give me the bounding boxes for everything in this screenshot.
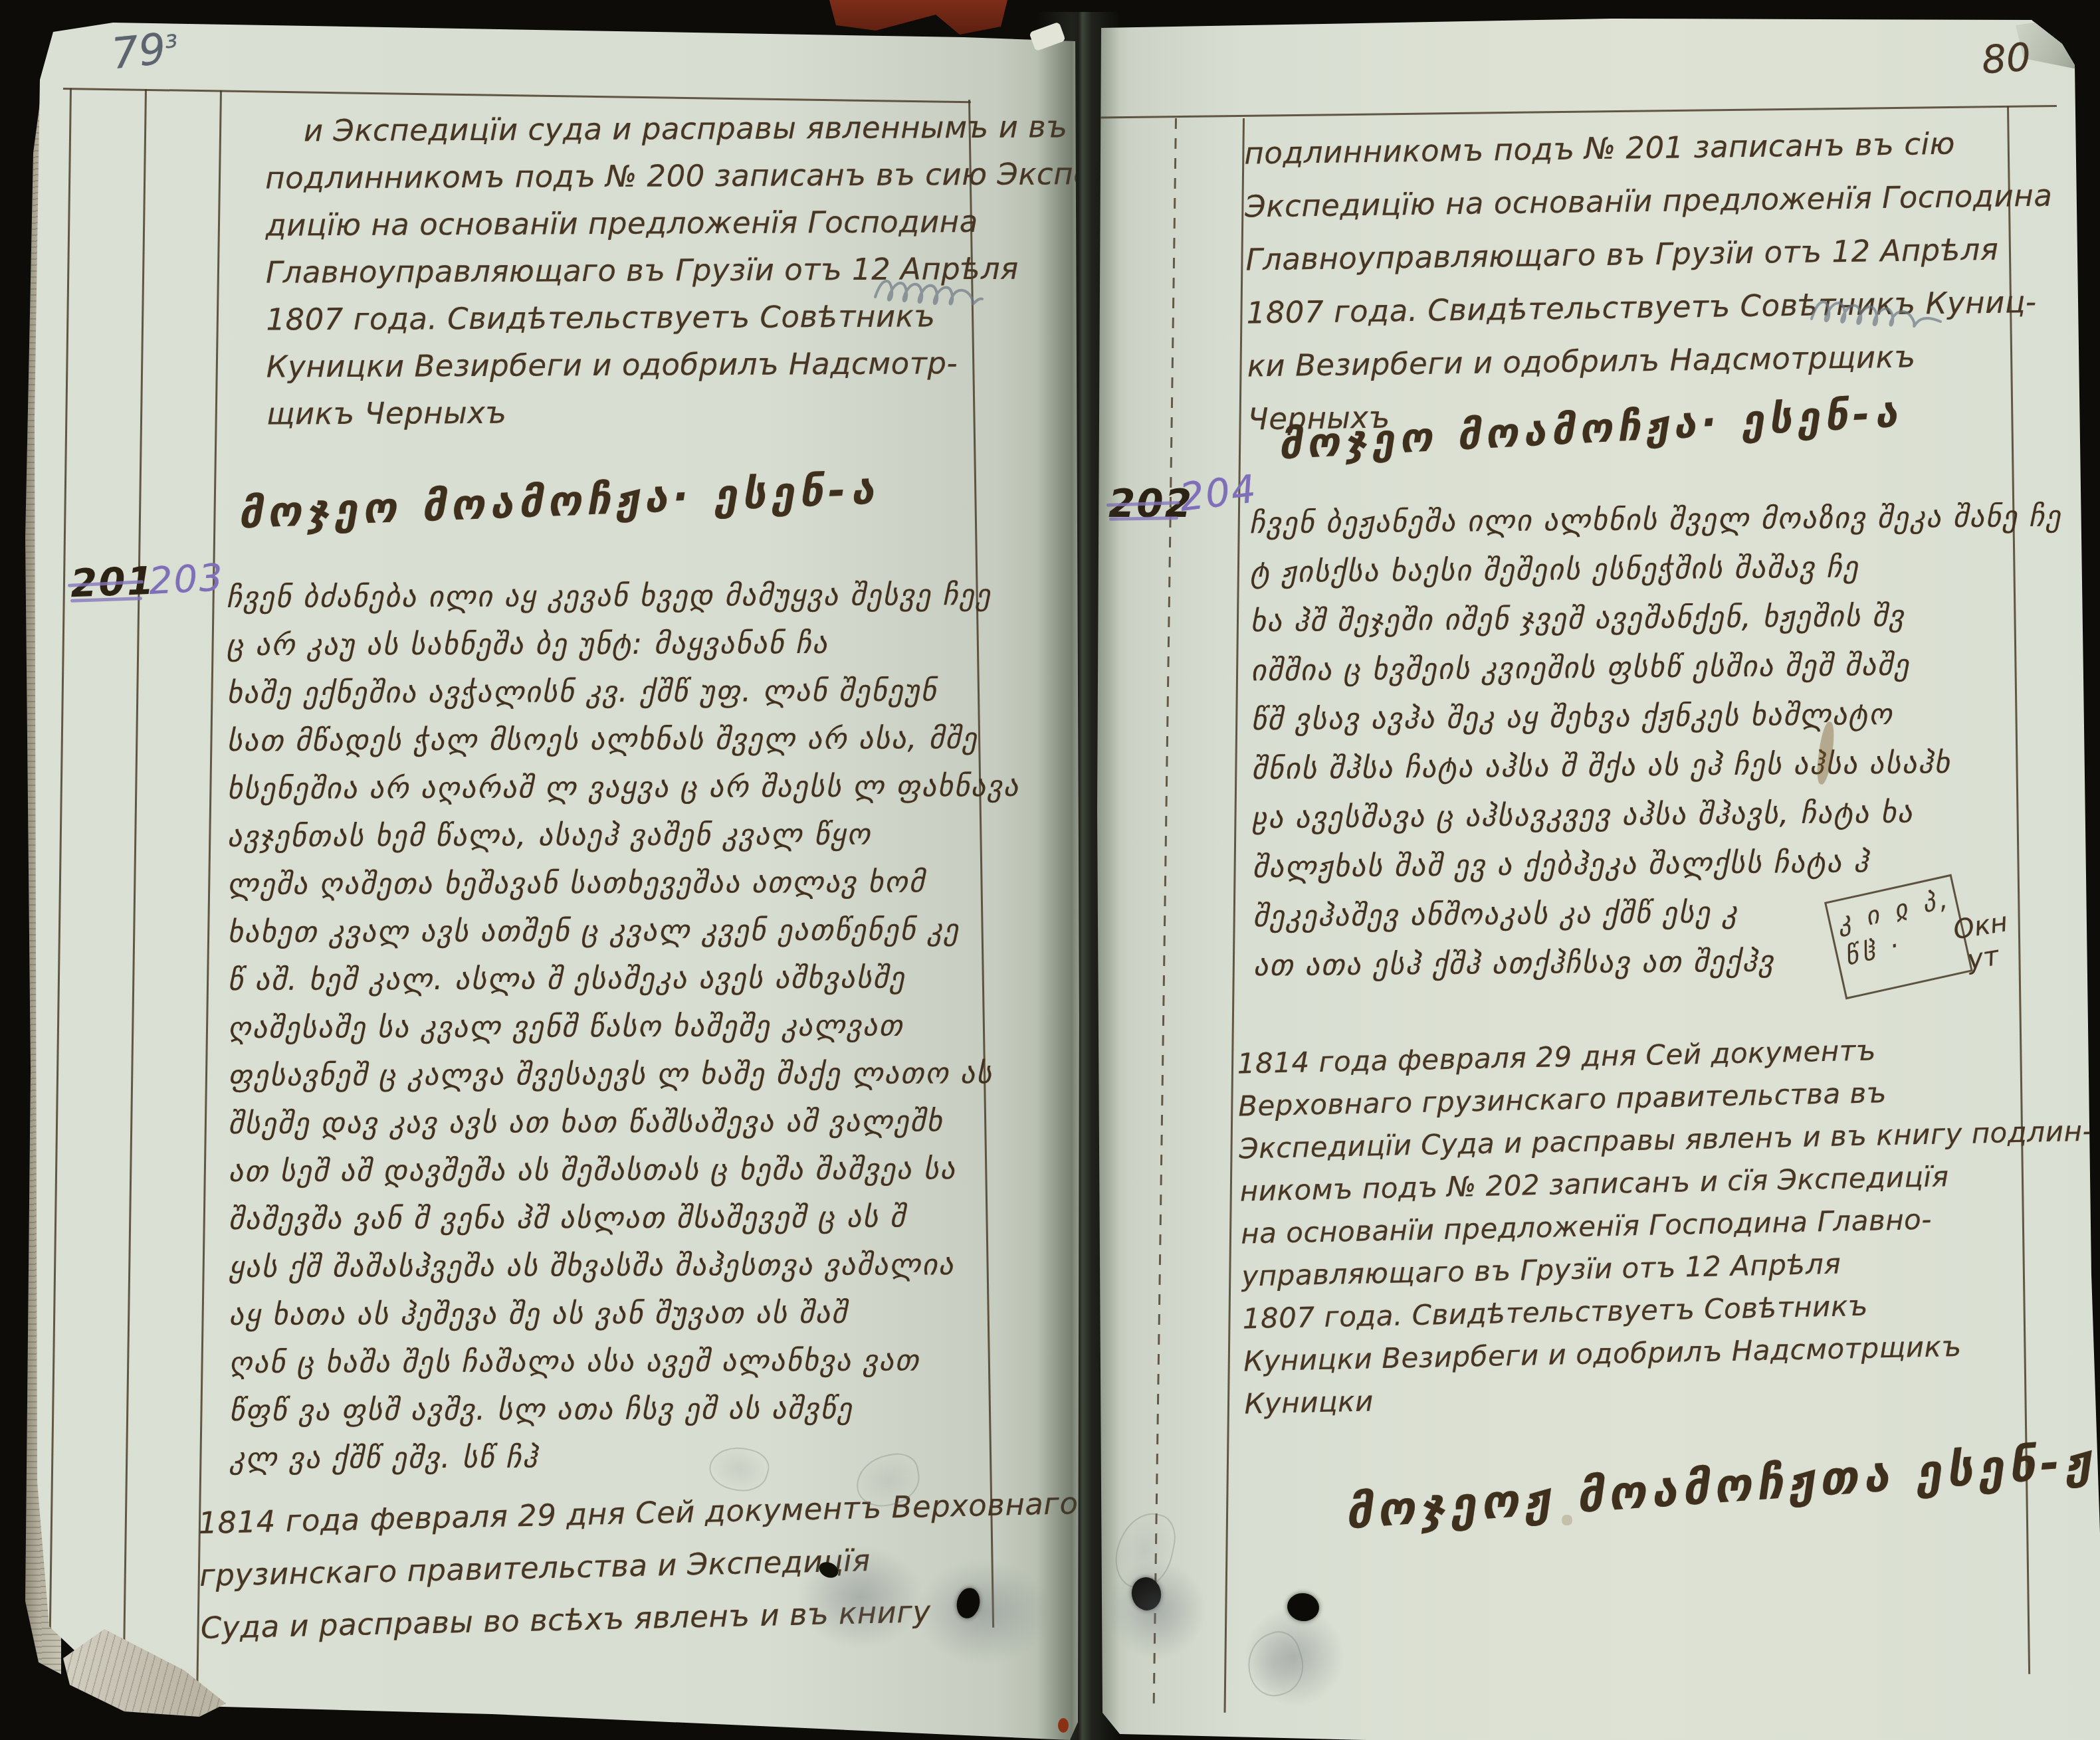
left-page: 79з и Экспедицїи суда и расправы явленны… [33, 20, 1080, 1740]
russian-paragraph-top-right: подлинникомъ подъ № 201 записанъ въ сію … [1244, 116, 2056, 446]
rule-col3-left [196, 90, 222, 1698]
text-line: ჸა ავესშავა ც აჰსავკვევ აჰსა შჰავს, ჩატა… [1252, 787, 2065, 844]
margin-note: Окн ут [1951, 906, 2015, 978]
rule-col3-right [1224, 118, 1245, 1713]
text-line: სათ მწადეს ჭალ მსოეს ალხნას შველ არ ასა,… [227, 715, 1019, 765]
text-line: и Экспедицїи суда и расправы явленнымъ и… [265, 102, 1170, 154]
text-line: ხსენეშია არ აღარაშ ლ ვაყვა ც არ შაესს ლ … [227, 763, 1020, 813]
entry-number-pencil-right: 204 [1177, 466, 1259, 520]
rule-col1-right [1089, 117, 1099, 1731]
text-line: ხახეთ კვალ ავს ათშენ ც კვალ კვენ ეათწენე… [227, 906, 1020, 957]
red-cover-dot [1058, 1718, 1069, 1733]
folio-number-right: 80 [1980, 35, 2032, 83]
text-line: ც არ კაუ ას სახნეშა ბე უნტ: მაყვანან ჩა [227, 619, 1019, 670]
text-line: ავჯენთას ხემ წალა, ასაეჰ ვაშენ კვალ წყო [227, 811, 1020, 861]
manuscript-scan: 79з и Экспедицїи суда и расправы явленны… [0, 0, 2100, 1740]
pencil-scrawl-right [1808, 286, 1947, 336]
rule-col1-left [48, 88, 72, 1716]
text-line: ხა ჰშ შეჯეში იშენ ჯვეშ ავეშანქენ, ხჟეშის… [1250, 591, 2063, 647]
folio-number-left-value: 79 [109, 25, 168, 79]
right-page: 80 подлинникомъ подъ № 201 записанъ въ с… [1080, 12, 2100, 1740]
pencil-scrawl-left [872, 267, 985, 314]
text-line: ფესავნეშ ც კალვა შვესაევს ლ ხაშე შაქე ლა… [228, 1050, 1021, 1100]
rule-col2-left [122, 89, 147, 1707]
rule-top-right [1077, 105, 2057, 119]
text-line: подлинникомъ подъ № 200 записанъ въ сию … [265, 149, 1170, 201]
folio-number-left-sup: з [163, 26, 179, 54]
text-line: дицїю на основанїи предложенїя Господина [265, 197, 1170, 248]
text-line: Главноуправляющаго въ Грузїи отъ 12 Апрѣ… [266, 244, 1170, 296]
rule-col2-right-dashed [1152, 118, 1177, 1713]
text-line: შნის შჰსა ჩატა აჰსა შ შქა ას ეჰ ჩეს აჰსა… [1251, 738, 2064, 795]
entry-number-pencil-left: 203 [148, 556, 225, 603]
russian-paragraph-middle-right: 1814 года февраля 29 дня Сей документъ В… [1237, 1025, 2099, 1426]
text-line: შსეშე დავ კავ ავს ათ ხათ წაშსაშევა აშ ვა… [228, 1098, 1021, 1148]
folio-number-left: 79з [109, 23, 181, 79]
text-line: წ აშ. ხეშ კალ. ასლა შ ესაშეკა ავეს აშხვა… [228, 954, 1021, 1005]
text-line: ჩვენ ბეჟანეშა ილი ალხნის შველ მოაზივ შეკ… [1249, 492, 2062, 549]
text-line: ყას ქშ შაშასჰვეშა ას შხვასშა შაჰესთვა ვა… [229, 1241, 1021, 1292]
text-line: აყ ხათა ას ჰეშევა შე ას ვან შუვათ ას შაშ [229, 1289, 1021, 1339]
text-line: ათ სეშ აშ დავშეშა ას შეშასთას ც ხეშა შაშ… [229, 1145, 1021, 1196]
text-line: Куницки Везирбеги и одобрилъ Надсмотр- [266, 338, 1171, 390]
text-line: იშშია ც ხვშეის კვიეშის ფსხწ ესშია შეშ შა… [1251, 640, 2063, 696]
text-line: ღაშესაშე სა კვალ ვენშ წასო ხაშეშე კალვათ [228, 1002, 1021, 1052]
text-line: ტ ჟისქსა ხაესი შეშეის ესნეჭშის შაშავ ჩე [1249, 541, 2062, 598]
georgian-body-left: ჩვენ ბძანება ილი აყ კევან ხვედ მამუყვა შ… [227, 571, 1022, 1483]
text-line: ღან ც ხაშა შეს ჩაშალა ასა ავეშ ალანხვა ვ… [229, 1337, 1022, 1387]
ink-smudge [797, 1545, 924, 1648]
ink-smudge [1106, 1560, 1206, 1660]
text-line: 1807 года. Свидѣтельствуетъ Совѣтникъ [266, 291, 1170, 343]
text-line: წფწ ვა ფსშ ავშვ. სლ ათა ჩსვ ეშ ას აშვწე [229, 1385, 1022, 1435]
russian-paragraph-top-left: и Экспедицїи суда и расправы явленнымъ и… [265, 102, 1172, 437]
text-line: щикъ Черныхъ [266, 385, 1171, 437]
ink-smudge [917, 1559, 1050, 1665]
text-line: ჩვენ ბძანება ილი აყ კევან ხვედ მამუყვა შ… [227, 571, 1019, 622]
rule-top-left [63, 88, 971, 103]
text-line: წშ ვსავ ავჰა შეკ აყ შეხვა ქჟნკეს ხაშლატო [1251, 689, 2063, 745]
text-line: ხაშე ექნეშია ავჭალისნ კვ. ქშწ უფ. ლან შე… [227, 667, 1019, 718]
georgian-heading-left: მოჯეო მოამოჩჟა· ესენ-ა [237, 464, 880, 537]
text-line: ლეშა ღაშეთა ხეშავან სათხევეშაა ათლავ ხომ [227, 858, 1020, 909]
text-line: შაშევშა ვან შ ვენა ჰშ ასლათ შსაშევეშ ც ა… [229, 1193, 1021, 1244]
red-cover-edge [829, 0, 1007, 39]
georgian-heading-bottom-right: მოჯეოჟ მოამოჩჟთა ესენ-ჟ [1344, 1433, 2098, 1540]
